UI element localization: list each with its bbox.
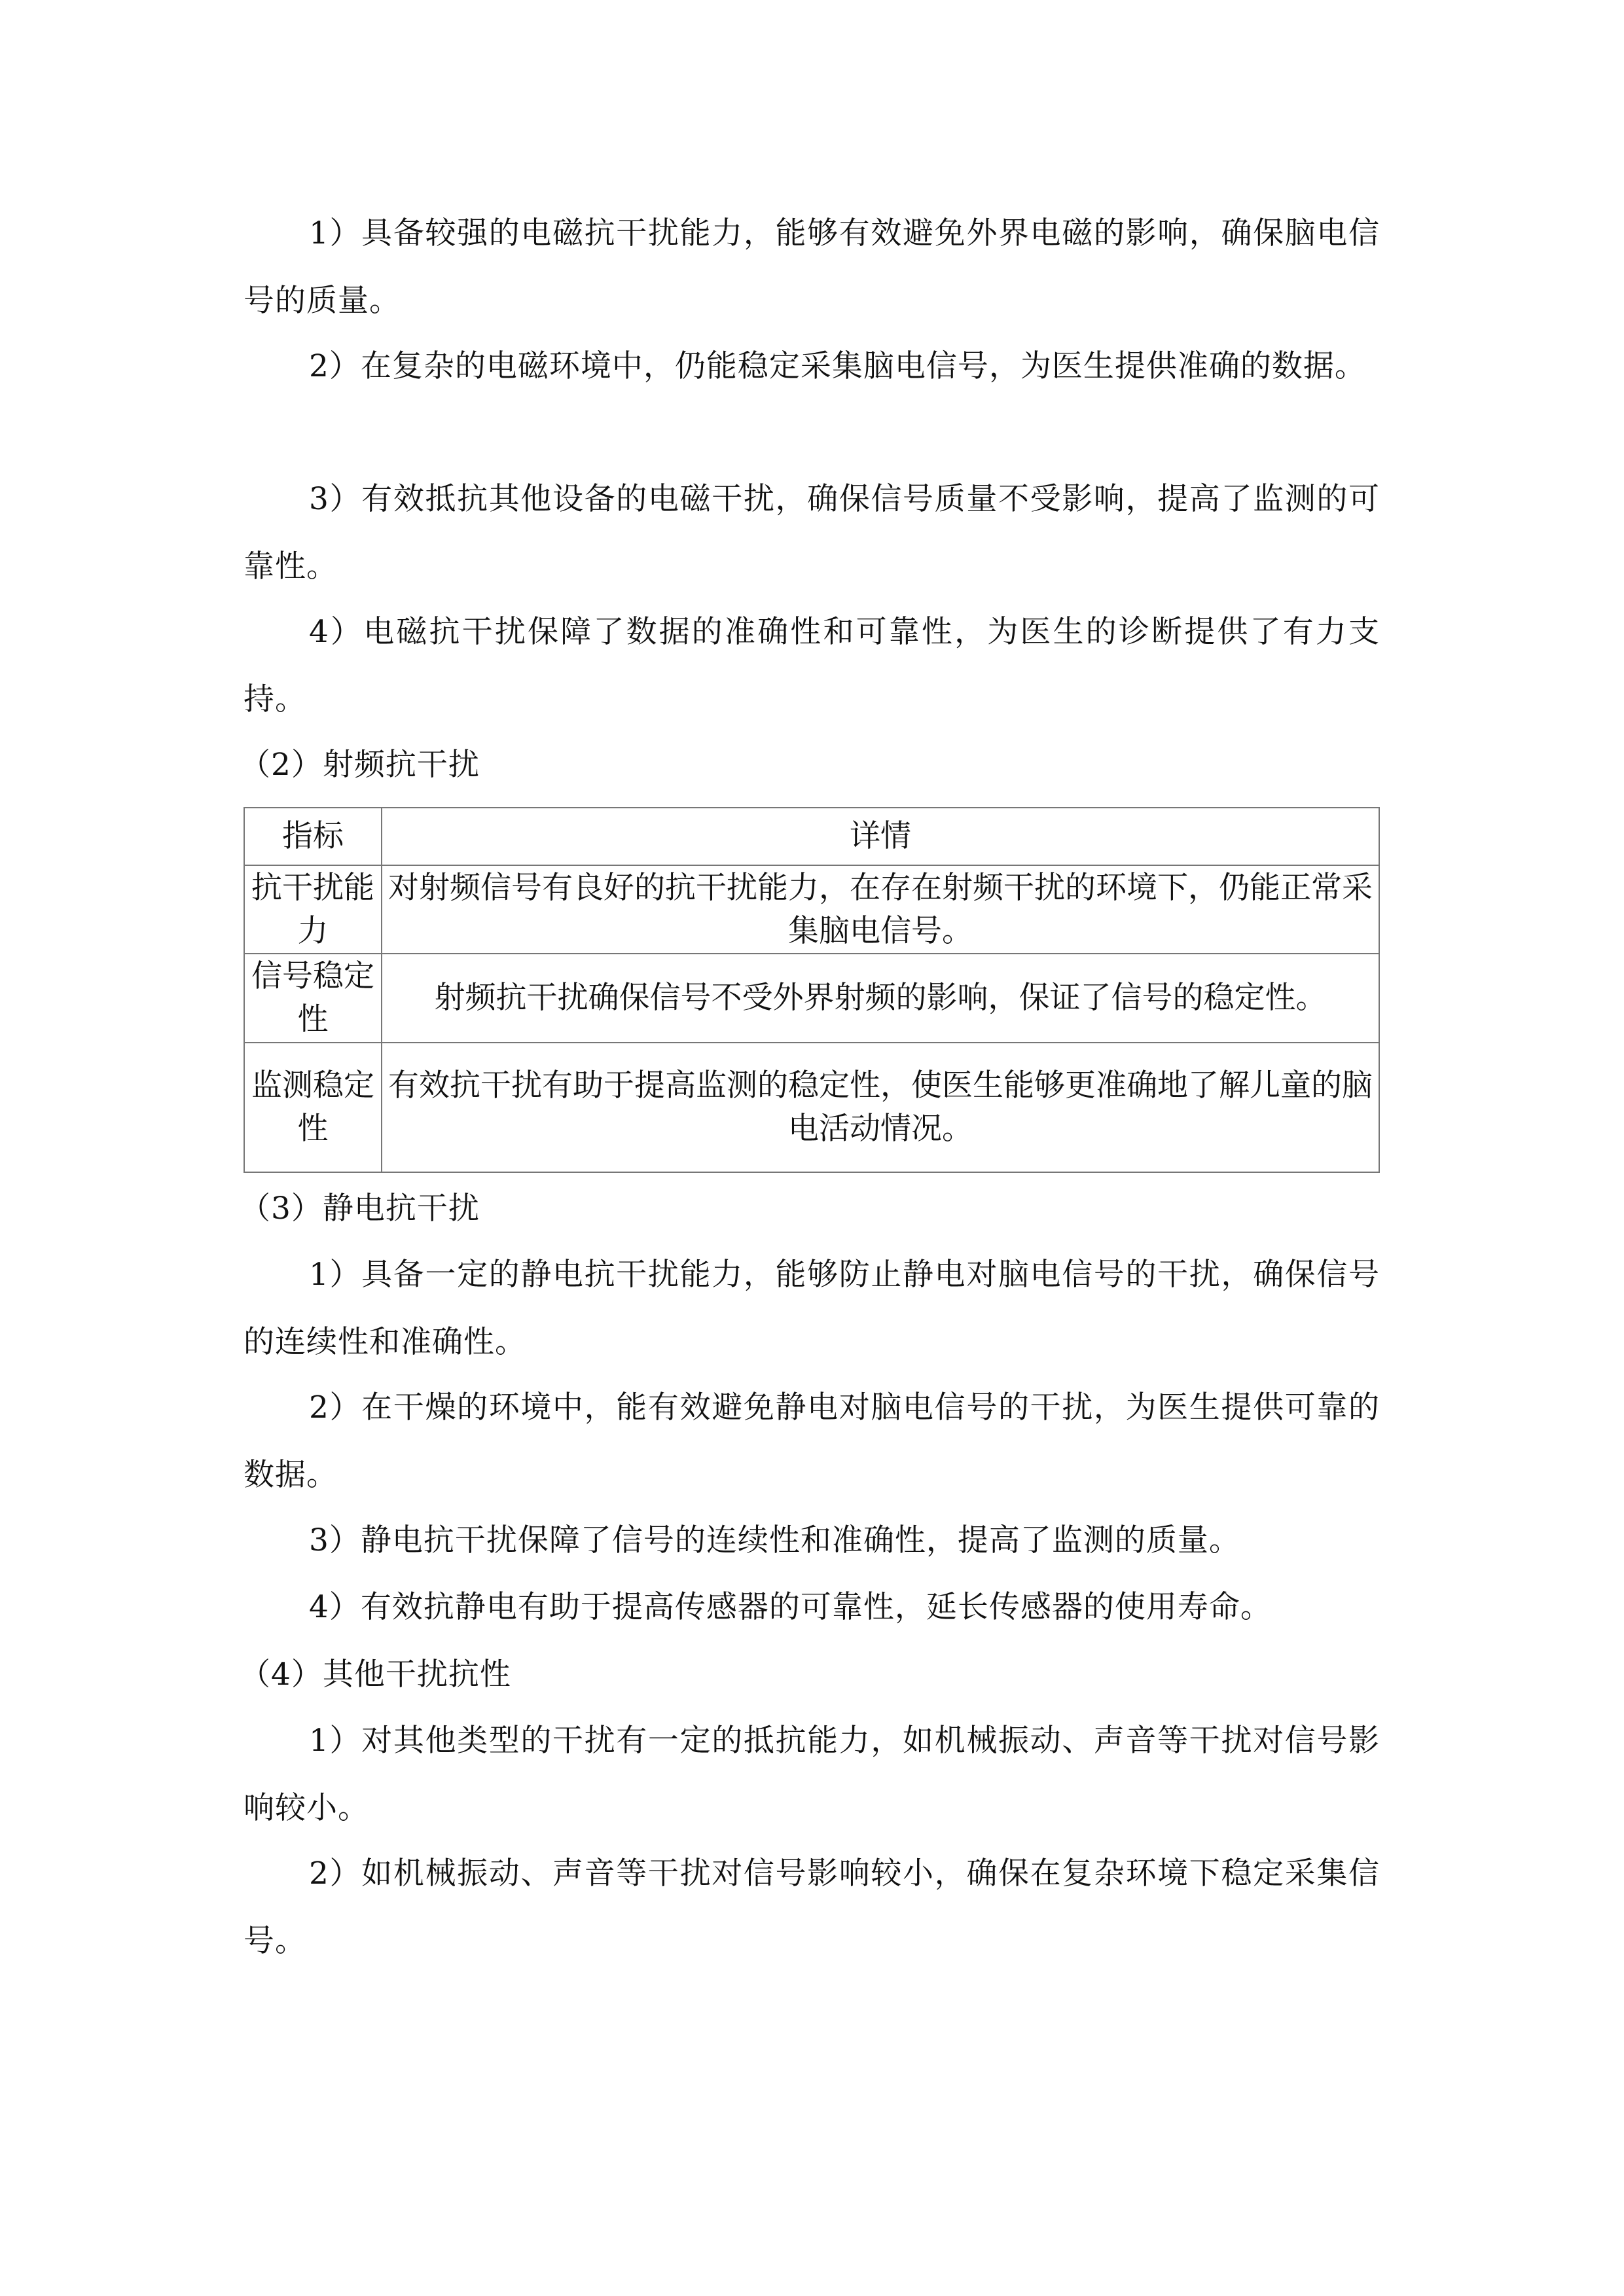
table-cell-detail: 射频抗干扰确保信号不受外界射频的影响，保证了信号的稳定性。 [382, 954, 1379, 1043]
table-cell-detail: 有效抗干扰有助于提高监测的稳定性，使医生能够更准确地了解儿童的脑电活动情况。 [382, 1043, 1379, 1172]
section-heading-esd: （3）静电抗干扰 [240, 1175, 1376, 1242]
table-row: 抗干扰能力 对射频信号有良好的抗干扰能力，在存在射频干扰的环境下，仍能正常采集脑… [244, 865, 1379, 954]
paragraph-emi-4: 4）电磁抗干扰保障了数据的准确性和可靠性，为医生的诊断提供了有力支持。 [244, 598, 1380, 733]
paragraph-other-1: 1）对其他类型的干扰有一定的抵抗能力，如机械振动、声音等干扰对信号影响较小。 [244, 1707, 1380, 1842]
table-row: 信号稳定性 射频抗干扰确保信号不受外界射频的影响，保证了信号的稳定性。 [244, 954, 1379, 1043]
rf-interference-table: 指标 详情 抗干扰能力 对射频信号有良好的抗干扰能力，在存在射频干扰的环境下，仍… [244, 807, 1380, 1173]
paragraph-esd-1: 1）具备一定的静电抗干扰能力，能够防止静电对脑电信号的干扰，确保信号的连续性和准… [244, 1241, 1380, 1376]
paragraph-emi-1: 1）具备较强的电磁抗干扰能力，能够有效避免外界电磁的影响，确保脑电信号的质量。 [244, 200, 1380, 334]
paragraph-other-2: 2）如机械振动、声音等干扰对信号影响较小，确保在复杂环境下稳定采集信号。 [244, 1840, 1380, 1975]
paragraph-emi-3: 3）有效抵抗其他设备的电磁干扰，确保信号质量不受影响，提高了监测的可靠性。 [244, 465, 1380, 600]
table-cell-indicator: 监测稳定性 [244, 1043, 382, 1172]
table-row: 监测稳定性 有效抗干扰有助于提高监测的稳定性，使医生能够更准确地了解儿童的脑电活… [244, 1043, 1379, 1172]
paragraph-emi-2: 2）在复杂的电磁环境中，仍能稳定采集脑电信号，为医生提供准确的数据。 [244, 332, 1380, 400]
section-heading-other: （4）其他干扰抗性 [240, 1641, 1376, 1708]
table-header-indicator: 指标 [244, 808, 382, 865]
paragraph-esd-2: 2）在干燥的环境中，能有效避免静电对脑电信号的干扰，为医生提供可靠的数据。 [244, 1374, 1380, 1509]
table-header-detail: 详情 [382, 808, 1379, 865]
paragraph-esd-3: 3）静电抗干扰保障了信号的连续性和准确性，提高了监测的质量。 [244, 1507, 1380, 1574]
table-cell-indicator: 信号稳定性 [244, 954, 382, 1043]
section-heading-rf: （2）射频抗干扰 [240, 731, 1376, 798]
table-cell-detail: 对射频信号有良好的抗干扰能力，在存在射频干扰的环境下，仍能正常采集脑电信号。 [382, 865, 1379, 954]
table-cell-indicator: 抗干扰能力 [244, 865, 382, 954]
paragraph-esd-4: 4）有效抗静电有助于提高传感器的可靠性，延长传感器的使用寿命。 [244, 1573, 1380, 1641]
table-header-row: 指标 详情 [244, 808, 1379, 865]
